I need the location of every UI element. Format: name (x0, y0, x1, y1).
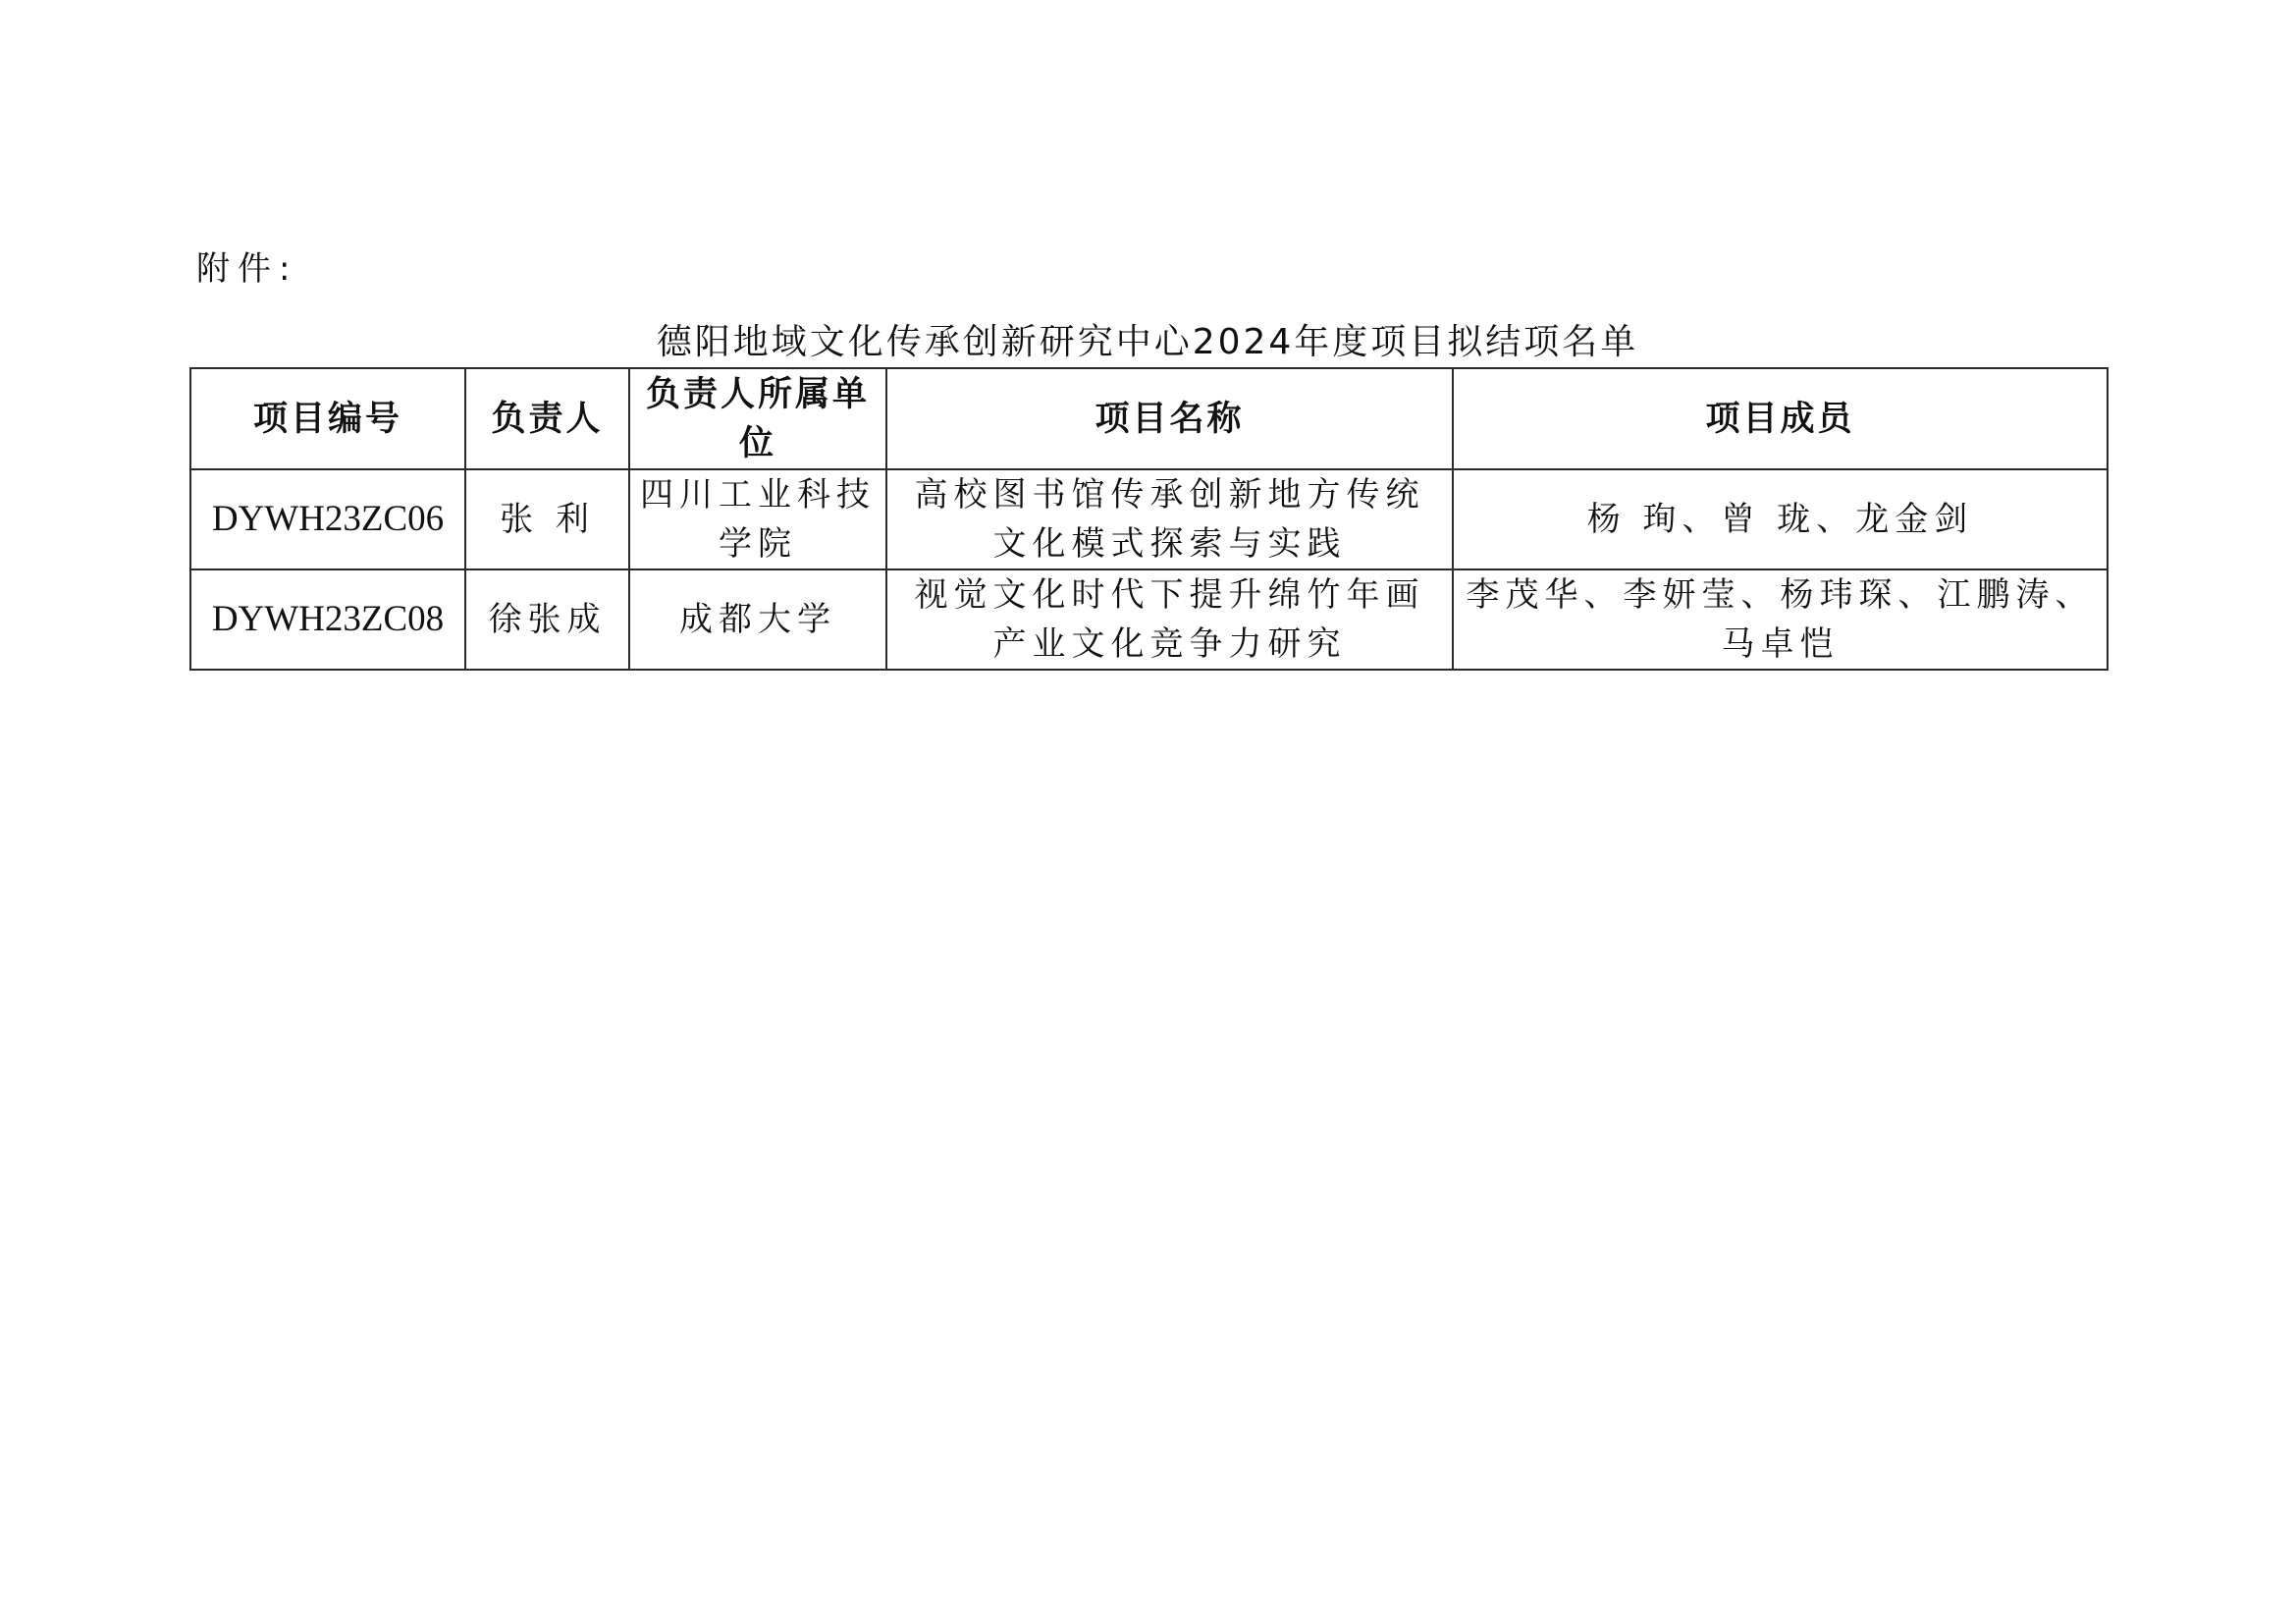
header-leader: 负责人 (465, 368, 629, 469)
table-row: DYWH23ZC06 张 利 四川工业科技学院 高校图书馆传承创新地方传统文化模… (190, 469, 2108, 569)
leader-cell: 徐张成 (465, 569, 629, 670)
document-title: 德阳地域文化传承创新研究中心2024年度项目拟结项名单 (189, 320, 2106, 365)
table-row: DYWH23ZC08 徐张成 成都大学 视觉文化时代下提升绵竹年画产业文化竞争力… (190, 569, 2108, 670)
leader-unit-cell: 四川工业科技学院 (629, 469, 886, 569)
header-project-name: 项目名称 (886, 368, 1453, 469)
attachment-label: 附件: (196, 247, 297, 291)
project-name-cell: 视觉文化时代下提升绵竹年画产业文化竞争力研究 (886, 569, 1453, 670)
project-list-table: 项目编号 负责人 负责人所属单位 项目名称 项目成员 DYWH23ZC06 张 … (189, 367, 2109, 671)
leader-cell: 张 利 (465, 469, 629, 569)
project-code-cell: DYWH23ZC06 (190, 469, 465, 569)
header-project-code: 项目编号 (190, 368, 465, 469)
header-leader-unit: 负责人所属单位 (629, 368, 886, 469)
table-header-row: 项目编号 负责人 负责人所属单位 项目名称 项目成员 (190, 368, 2108, 469)
project-members-cell: 杨 珣、曾 珑、龙金剑 (1453, 469, 2108, 569)
project-code-cell: DYWH23ZC08 (190, 569, 465, 670)
project-name-cell: 高校图书馆传承创新地方传统文化模式探索与实践 (886, 469, 1453, 569)
header-project-members: 项目成员 (1453, 368, 2108, 469)
project-members-cell: 李茂华、李妍莹、杨玮琛、江鹏涛、马卓恺 (1453, 569, 2108, 670)
leader-unit-cell: 成都大学 (629, 569, 886, 670)
